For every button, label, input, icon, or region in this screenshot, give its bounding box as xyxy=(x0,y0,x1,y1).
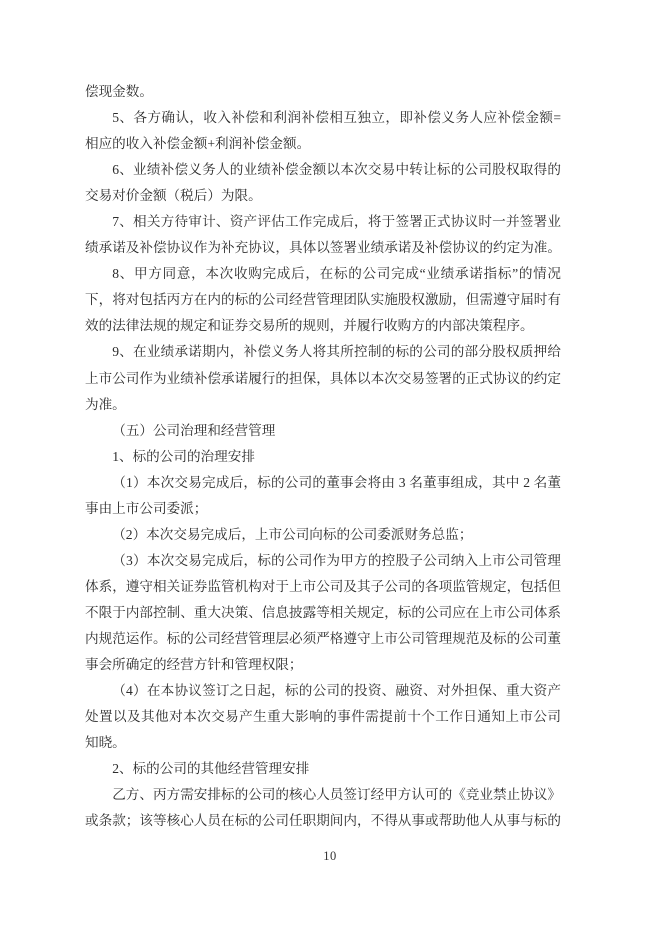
text-line: （2）本次交易完成后，上市公司向标的公司委派财务总监； xyxy=(85,522,561,548)
text-line: 偿现金数。 xyxy=(85,79,561,105)
text-line: 交易对价金额（税后）为限。 xyxy=(85,183,561,209)
text-line: （五）公司治理和经营管理 xyxy=(85,418,561,444)
text-line: （3）本次交易完成后，标的公司作为甲方的控股子公司纳入上市公司管理 xyxy=(85,548,561,574)
text-line: 内规范运作。标的公司经营管理层必须严格遵守上市公司管理规范及标的公司董 xyxy=(85,626,561,652)
text-line: 7、相关方待审计、资产评估工作完成后，将于签署正式协议时一并签署业 xyxy=(85,209,561,235)
text-line: 6、业绩补偿义务人的业绩补偿金额以本次交易中转让标的公司股权取得的 xyxy=(85,157,561,183)
text-line: 知晓。 xyxy=(85,730,561,756)
text-line: 不限于内部控制、重大决策、信息披露等相关规定，标的公司应在上市公司体系 xyxy=(85,600,561,626)
text-line: 乙方、丙方需安排标的公司的核心人员签订经甲方认可的《竞业禁止协议》 xyxy=(85,782,561,808)
text-line: 相应的收入补偿金额+利润补偿金额。 xyxy=(85,131,561,157)
text-line: 9、在业绩承诺期内，补偿义务人将其所控制的标的公司的部分股权质押给 xyxy=(85,339,561,365)
text-line: 事由上市公司委派； xyxy=(85,496,561,522)
text-line: 体系，遵守相关证券监管机构对于上市公司及其子公司的各项监管规定，包括但 xyxy=(85,574,561,600)
page-number: 10 xyxy=(0,849,660,864)
text-line: 为准。 xyxy=(85,392,561,418)
text-line: 效的法律法规的规定和证券交易所的规则，并履行收购方的内部决策程序。 xyxy=(85,313,561,339)
text-line: 2、标的公司的其他经营管理安排 xyxy=(85,756,561,782)
text-line: 5、各方确认，收入补偿和利润补偿相互独立，即补偿义务人应补偿金额= xyxy=(85,105,561,131)
text-line: 上市公司作为业绩补偿承诺履行的担保，具体以本次交易签署的正式协议的约定 xyxy=(85,366,561,392)
text-line: 8、甲方同意，本次收购完成后，在标的公司完成“业绩承诺指标”的情况 xyxy=(85,261,561,287)
text-line: 绩承诺及补偿协议作为补充协议，具体以签署业绩承诺及补偿协议的约定为准。 xyxy=(85,235,561,261)
text-line: 事会所确定的经营方针和管理权限； xyxy=(85,652,561,678)
text-line: 或条款；该等核心人员在标的公司任职期间内，不得从事或帮助他人从事与标的 xyxy=(85,808,561,834)
text-line: 处置以及其他对本次交易产生重大影响的事件需提前十个工作日通知上市公司 xyxy=(85,704,561,730)
document-page: 偿现金数。5、各方确认，收入补偿和利润补偿相互独立，即补偿义务人应补偿金额=相应… xyxy=(0,0,660,933)
text-line: （4）在本协议签订之日起，标的公司的投资、融资、对外担保、重大资产 xyxy=(85,678,561,704)
text-line: （1）本次交易完成后，标的公司的董事会将由 3 名董事组成，其中 2 名董 xyxy=(85,470,561,496)
document-body: 偿现金数。5、各方确认，收入补偿和利润补偿相互独立，即补偿义务人应补偿金额=相应… xyxy=(85,79,561,834)
text-line: 下，将对包括丙方在内的标的公司经营管理团队实施股权激励，但需遵守届时有 xyxy=(85,287,561,313)
text-line: 1、标的公司的治理安排 xyxy=(85,444,561,470)
